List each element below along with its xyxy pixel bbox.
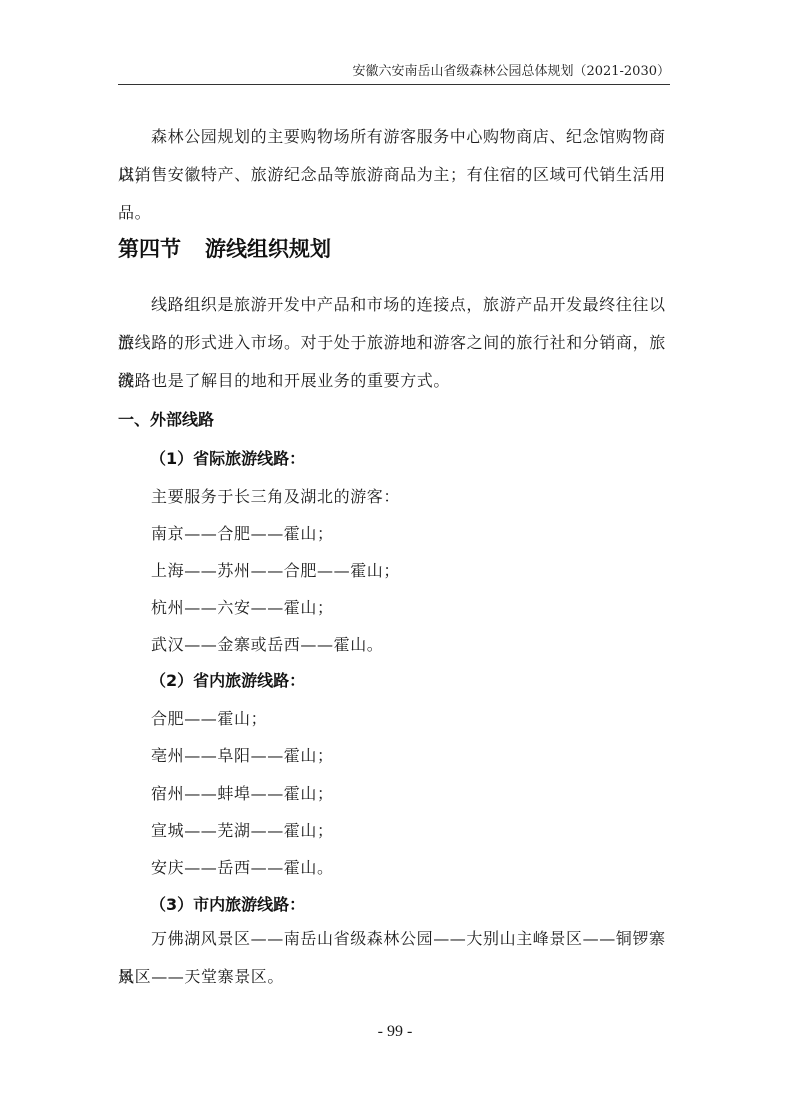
group-heading-intracity: （3）市内旅游线路： — [150, 892, 305, 915]
subsection-heading-external-routes: 一、外部线路 — [118, 407, 214, 430]
route-line: 南京——合肥——霍山； — [151, 521, 334, 544]
route-line: 亳州——阜阳——霍山； — [151, 743, 334, 766]
running-header: 安徽六安南岳山省级森林公园总体规划（2021-2030） — [118, 62, 670, 85]
section-heading: 第四节游线组织规划 — [118, 233, 331, 263]
route-line: 杭州——六安——霍山； — [151, 595, 334, 618]
route-line: 安庆——岳西——霍山。 — [151, 855, 334, 878]
route-line: 主要服务于长三角及湖北的游客： — [151, 484, 400, 507]
group-heading-interprovincial: （1）省际旅游线路： — [150, 446, 305, 469]
page-number: - 99 - — [0, 1023, 790, 1041]
route-line: 宿州——蚌埠——霍山； — [151, 781, 334, 804]
intro-paragraph-line-2: 以销售安徽特产、旅游纪念品等旅游商品为主；有住宿的区域可代销生活用品。 — [118, 156, 674, 232]
section-title: 游线组织规划 — [205, 237, 331, 261]
route-line: 上海——苏州——合肥——霍山； — [151, 558, 400, 581]
section-number: 第四节 — [118, 237, 181, 261]
route-paragraph-line-2: 景区——天堂寨景区。 — [118, 958, 674, 996]
group-heading-intraprovincial: （2）省内旅游线路： — [150, 668, 305, 691]
document-title: 安徽六安南岳山省级森林公园总体规划（2021-2030） — [352, 64, 670, 79]
route-line: 宣城——芜湖——霍山； — [151, 818, 334, 841]
route-line: 合肥——霍山； — [151, 706, 267, 729]
section-paragraph-line-3: 线路也是了解目的地和开展业务的重要方式。 — [118, 362, 674, 400]
route-line: 武汉——金寨或岳西——霍山。 — [151, 632, 383, 655]
